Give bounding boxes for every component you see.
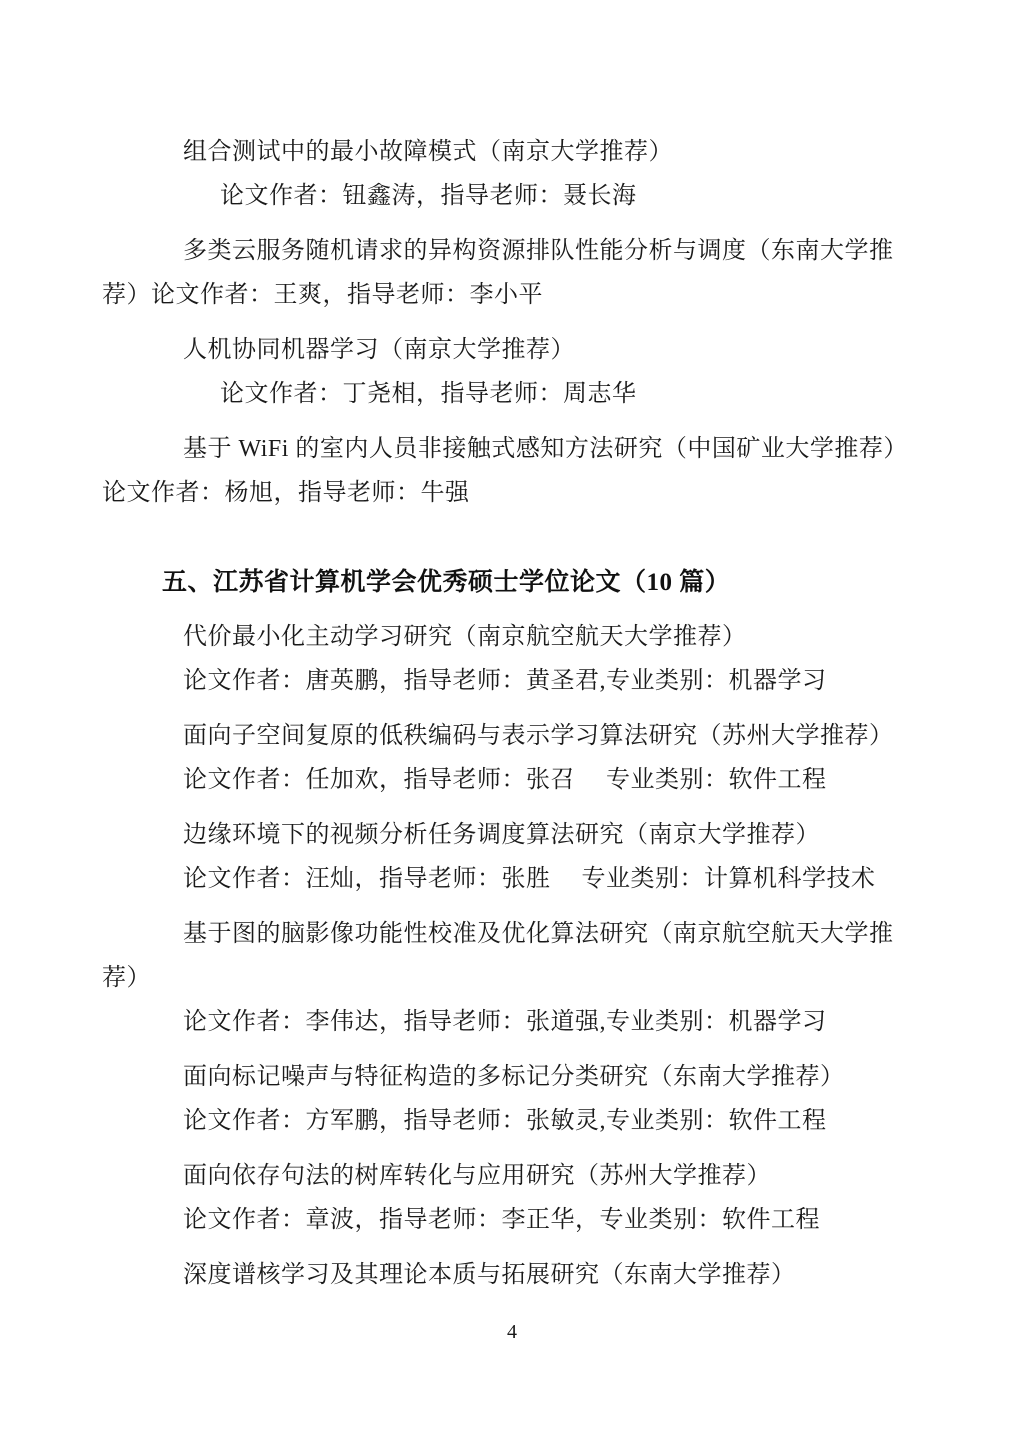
document-page: 组合测试中的最小故障模式（南京大学推荐） 论文作者：钮鑫涛，指导老师：聂长海 多… [0,0,1024,1447]
thesis-item: 基于 WiFi 的室内人员非接触式感知方法研究（中国矿业大学推荐） 论文作者：杨… [102,427,924,515]
page-number: 4 [0,1318,1024,1346]
thesis-title-line: 基于 WiFi 的室内人员非接触式感知方法研究（中国矿业大学推荐） [102,427,924,471]
thesis-authors-line: 论文作者：唐英鹏，指导老师：黄圣君,专业类别：机器学习 [102,659,924,703]
thesis-authors-line: 论文作者：方军鹏，指导老师：张敏灵,专业类别：软件工程 [102,1099,924,1143]
thesis-title-line: 面向依存句法的树库转化与应用研究（苏州大学推荐） [102,1154,924,1198]
thesis-authors-line: 论文作者：任加欢，指导老师：张召 专业类别：软件工程 [102,758,924,802]
thesis-title-line: 深度谱核学习及其理论本质与拓展研究（东南大学推荐） [102,1253,924,1297]
thesis-title-line: 组合测试中的最小故障模式（南京大学推荐） [102,130,924,174]
thesis-item: 深度谱核学习及其理论本质与拓展研究（东南大学推荐） [102,1253,924,1297]
thesis-authors-line: 论文作者：杨旭，指导老师：牛强 [102,471,924,515]
thesis-item: 代价最小化主动学习研究（南京航空航天大学推荐） 论文作者：唐英鹏，指导老师：黄圣… [102,615,924,703]
thesis-title-line: 面向子空间复原的低秩编码与表示学习算法研究（苏州大学推荐） [102,714,924,758]
thesis-item: 组合测试中的最小故障模式（南京大学推荐） 论文作者：钮鑫涛，指导老师：聂长海 [102,130,924,218]
thesis-title-line: 基于图的脑影像功能性校准及优化算法研究（南京航空航天大学推 [102,912,924,956]
thesis-authors-line: 论文作者：章波，指导老师：李正华，专业类别：软件工程 [102,1198,924,1242]
thesis-title-line: 边缘环境下的视频分析任务调度算法研究（南京大学推荐） [102,813,924,857]
thesis-title-line: 多类云服务随机请求的异构资源排队性能分析与调度（东南大学推 [102,229,924,273]
thesis-item: 面向子空间复原的低秩编码与表示学习算法研究（苏州大学推荐） 论文作者：任加欢，指… [102,714,924,802]
thesis-item: 面向依存句法的树库转化与应用研究（苏州大学推荐） 论文作者：章波，指导老师：李正… [102,1154,924,1242]
thesis-title-wrap-line: 荐） [102,956,924,1000]
thesis-item: 边缘环境下的视频分析任务调度算法研究（南京大学推荐） 论文作者：汪灿，指导老师：… [102,813,924,901]
thesis-authors-line: 论文作者：钮鑫涛，指导老师：聂长海 [102,174,924,218]
thesis-item: 面向标记噪声与特征构造的多标记分类研究（东南大学推荐） 论文作者：方军鹏，指导老… [102,1055,924,1143]
thesis-item: 基于图的脑影像功能性校准及优化算法研究（南京航空航天大学推 荐） 论文作者：李伟… [102,912,924,1044]
thesis-authors-line: 论文作者：汪灿，指导老师：张胜 专业类别：计算机科学技术 [102,857,924,901]
thesis-title-line: 面向标记噪声与特征构造的多标记分类研究（东南大学推荐） [102,1055,924,1099]
section-heading: 五、江苏省计算机学会优秀硕士学位论文（10 篇） [162,558,924,608]
thesis-item: 人机协同机器学习（南京大学推荐） 论文作者：丁尧相，指导老师：周志华 [102,328,924,416]
thesis-authors-line: 荐）论文作者：王爽，指导老师：李小平 [102,273,924,317]
thesis-authors-line: 论文作者：李伟达，指导老师：张道强,专业类别：机器学习 [102,1000,924,1044]
thesis-item: 多类云服务随机请求的异构资源排队性能分析与调度（东南大学推 荐）论文作者：王爽，… [102,229,924,317]
thesis-title-line: 人机协同机器学习（南京大学推荐） [102,328,924,372]
thesis-authors-line: 论文作者：丁尧相，指导老师：周志华 [102,372,924,416]
thesis-title-line: 代价最小化主动学习研究（南京航空航天大学推荐） [102,615,924,659]
